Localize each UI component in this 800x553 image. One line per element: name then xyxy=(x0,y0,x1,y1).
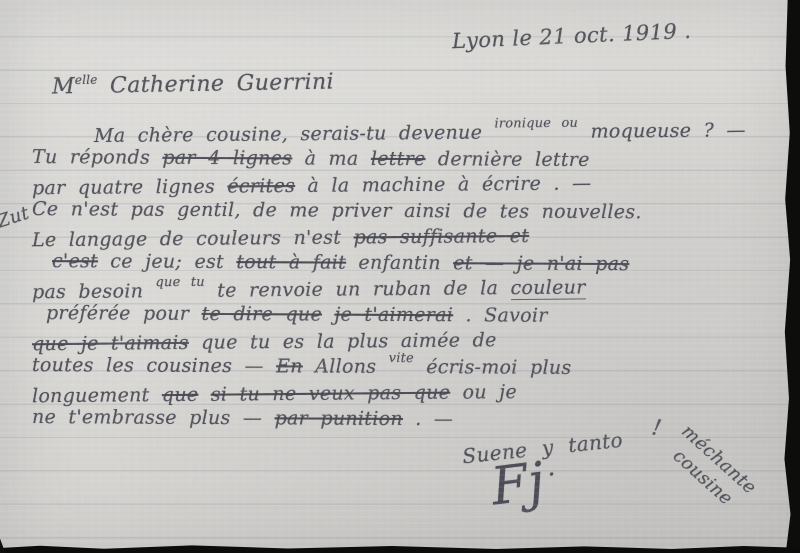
struck-text: tout à fait xyxy=(236,251,346,274)
margin-note: Zut xyxy=(0,202,32,232)
addressee-title: M xyxy=(52,74,75,99)
struck-text: que xyxy=(162,384,199,406)
struck-text: par punition xyxy=(275,407,403,430)
struck-text: pas suffisante et xyxy=(353,225,529,249)
struck-text: En xyxy=(276,355,303,377)
inserted-text: que tu xyxy=(155,275,204,290)
handwritten-text: ou je xyxy=(450,381,517,404)
handwritten-text: te renvoie un ruban de la xyxy=(205,277,511,302)
addressee-title-superscript: elle xyxy=(75,73,98,87)
addressee-name: Catherine Guerrini xyxy=(110,70,334,99)
handwritten-text xyxy=(322,304,334,326)
handwritten-text: enfantin xyxy=(346,252,453,275)
handwritten-text: couleur xyxy=(510,276,585,300)
struck-text: te dire que xyxy=(201,303,322,326)
handwritten-text: . — xyxy=(403,408,453,430)
handwritten-text: Ma chère cousine, xyxy=(94,123,288,147)
handwritten-text: . Savoir xyxy=(453,304,548,326)
letter-body: Ma chère cousine, serais-tu devenue iron… xyxy=(32,120,777,432)
scanned-letter: Lyon le 21 oct. 1919 . Melle Catherine G… xyxy=(0,0,800,553)
struck-text: et — je n'ai pas xyxy=(453,252,629,275)
struck-text: je t'aimerai xyxy=(334,304,453,327)
handwritten-text: Allons xyxy=(303,355,389,377)
struck-text: écrites xyxy=(227,175,295,198)
struck-text: lettre xyxy=(371,148,426,170)
handwritten-text: préférée pour xyxy=(46,302,202,325)
handwritten-text: toutes les cousines — xyxy=(32,354,276,377)
handwritten-text: Ce n'est pas gentil, de me priver ainsi … xyxy=(32,198,642,223)
handwritten-text xyxy=(198,384,211,406)
handwritten-text: Tu réponds xyxy=(32,146,162,169)
signature-initials: Fj xyxy=(488,452,548,518)
handwritten-text: moqueuse ? — xyxy=(578,119,746,142)
handwritten-text: écris-moi plus xyxy=(414,356,572,379)
handwritten-text: ne t'embrasse plus — xyxy=(32,406,275,429)
struck-text: c'est xyxy=(52,250,98,272)
handwritten-text: à la machine à écrire . — xyxy=(295,172,592,197)
scan-right-edge xyxy=(781,0,800,553)
letter-line: ne t'embrasse plus — par punition . — xyxy=(32,404,777,434)
diagonal-note: méchante cousine xyxy=(660,420,761,518)
handwritten-text: que tu es la plus aimée de xyxy=(189,329,497,354)
signature-flourish: Fj. xyxy=(489,454,558,522)
struck-text: par 4 lignes xyxy=(162,147,292,170)
inserted-text: vite xyxy=(389,351,414,366)
addressee: Melle Catherine Guerrini xyxy=(52,70,334,100)
handwritten-text: dernière lettre xyxy=(426,148,590,171)
handwritten-text: serais-tu devenue xyxy=(288,121,495,145)
scan-bottom-edge xyxy=(0,543,800,553)
dateline: Lyon le 21 oct. 1919 . xyxy=(452,19,692,53)
handwritten-text: à ma xyxy=(292,147,371,169)
inserted-text: ironique ou xyxy=(494,116,578,132)
handwritten-text: ce jeu; est xyxy=(98,250,236,273)
struck-text: si tu ne veux pas que xyxy=(211,382,451,406)
